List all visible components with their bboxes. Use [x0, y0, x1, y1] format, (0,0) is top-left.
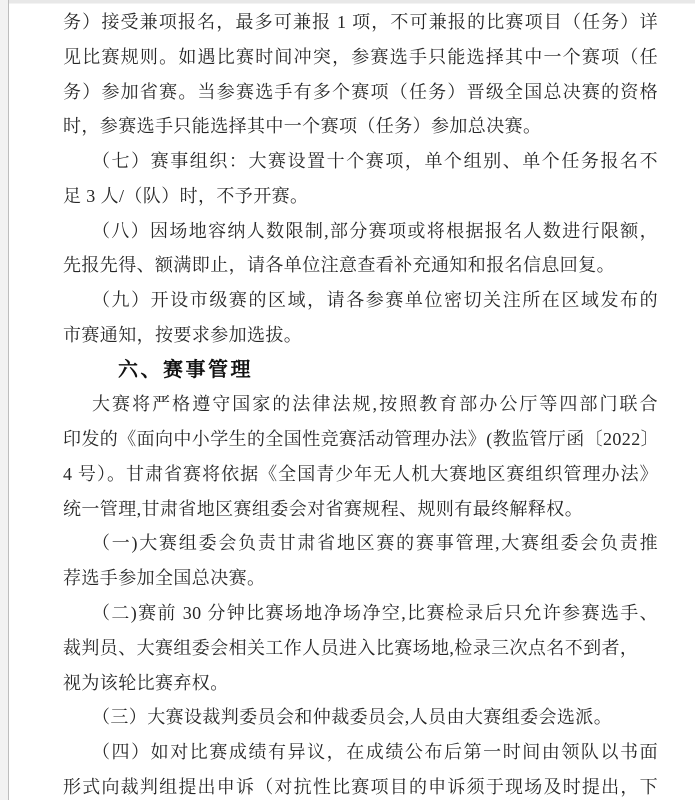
text-line: 荐选手参加全国总决赛。 [63, 561, 658, 596]
text-line: 务）参加省赛。当参赛选手有多个赛项（任务）晋级全国总决赛的资格 [63, 75, 658, 110]
text-line: 时，参赛选手只能选择其中一个赛项（任务）参加总决赛。 [63, 109, 658, 144]
document-body: 务）接受兼项报名，最多可兼报 1 项，不可兼报的比赛项目（任务）详见比赛规则。如… [63, 5, 658, 800]
page-left-edge [0, 0, 9, 800]
text-line: 足 3 人/（队）时，不予开赛。 [63, 179, 658, 214]
text-line: 市赛通知，按要求参加选拔。 [63, 318, 658, 353]
text-line: 见比赛规则。如遇比赛时间冲突，参赛选手只能选择其中一个赛项（任 [63, 40, 658, 75]
text-line: 裁判员、大赛组委会相关工作人员进入比赛场地,检录三次点名不到者， [63, 631, 658, 666]
text-line: 形式向裁判组提出申诉（对抗性比赛项目的申诉须于现场及时提出，下 [63, 770, 658, 800]
text-line: 统一管理,甘肃省地区赛组委会对省赛规程、规则有最终解释权。 [63, 492, 658, 527]
document-page: 务）接受兼项报名，最多可兼报 1 项，不可兼报的比赛项目（任务）详见比赛规则。如… [0, 0, 695, 800]
section-heading: 六、赛事管理 [63, 353, 658, 388]
text-line: 视为该轮比赛弃权。 [63, 666, 658, 701]
text-line: （八）因场地容纳人数限制,部分赛项或将根据报名人数进行限额， [63, 214, 658, 249]
text-line: 印发的《面向中小学生的全国性竞赛活动管理办法》(教监管厅函〔2022〕 [63, 422, 658, 457]
page-top-edge [0, 0, 695, 4]
text-line: 务）接受兼项报名，最多可兼报 1 项，不可兼报的比赛项目（任务）详 [63, 5, 658, 40]
text-line: （九）开设市级赛的区域，请各参赛单位密切关注所在区域发布的 [63, 283, 658, 318]
text-line: （二)赛前 30 分钟比赛场地净场净空,比赛检录后只允许参赛选手、 [63, 596, 658, 631]
text-line: （四）如对比赛成绩有异议，在成绩公布后第一时间由领队以书面 [63, 735, 658, 770]
text-line: 先报先得、额满即止，请各单位注意查看补充通知和报名信息回复。 [63, 248, 658, 283]
text-line: 4 号）。甘肃省赛将依据《全国青少年无人机大赛地区赛组织管理办法》 [63, 457, 658, 492]
text-line: （三）大赛设裁判委员会和仲裁委员会,人员由大赛组委会选派。 [63, 700, 658, 735]
text-line: （七）赛事组织：大赛设置十个赛项，单个组别、单个任务报名不 [63, 144, 658, 179]
text-line: （一)大赛组委会负责甘肃省地区赛的赛事管理,大赛组委会负责推 [63, 526, 658, 561]
text-line: 大赛将严格遵守国家的法律法规,按照教育部办公厅等四部门联合 [63, 387, 658, 422]
